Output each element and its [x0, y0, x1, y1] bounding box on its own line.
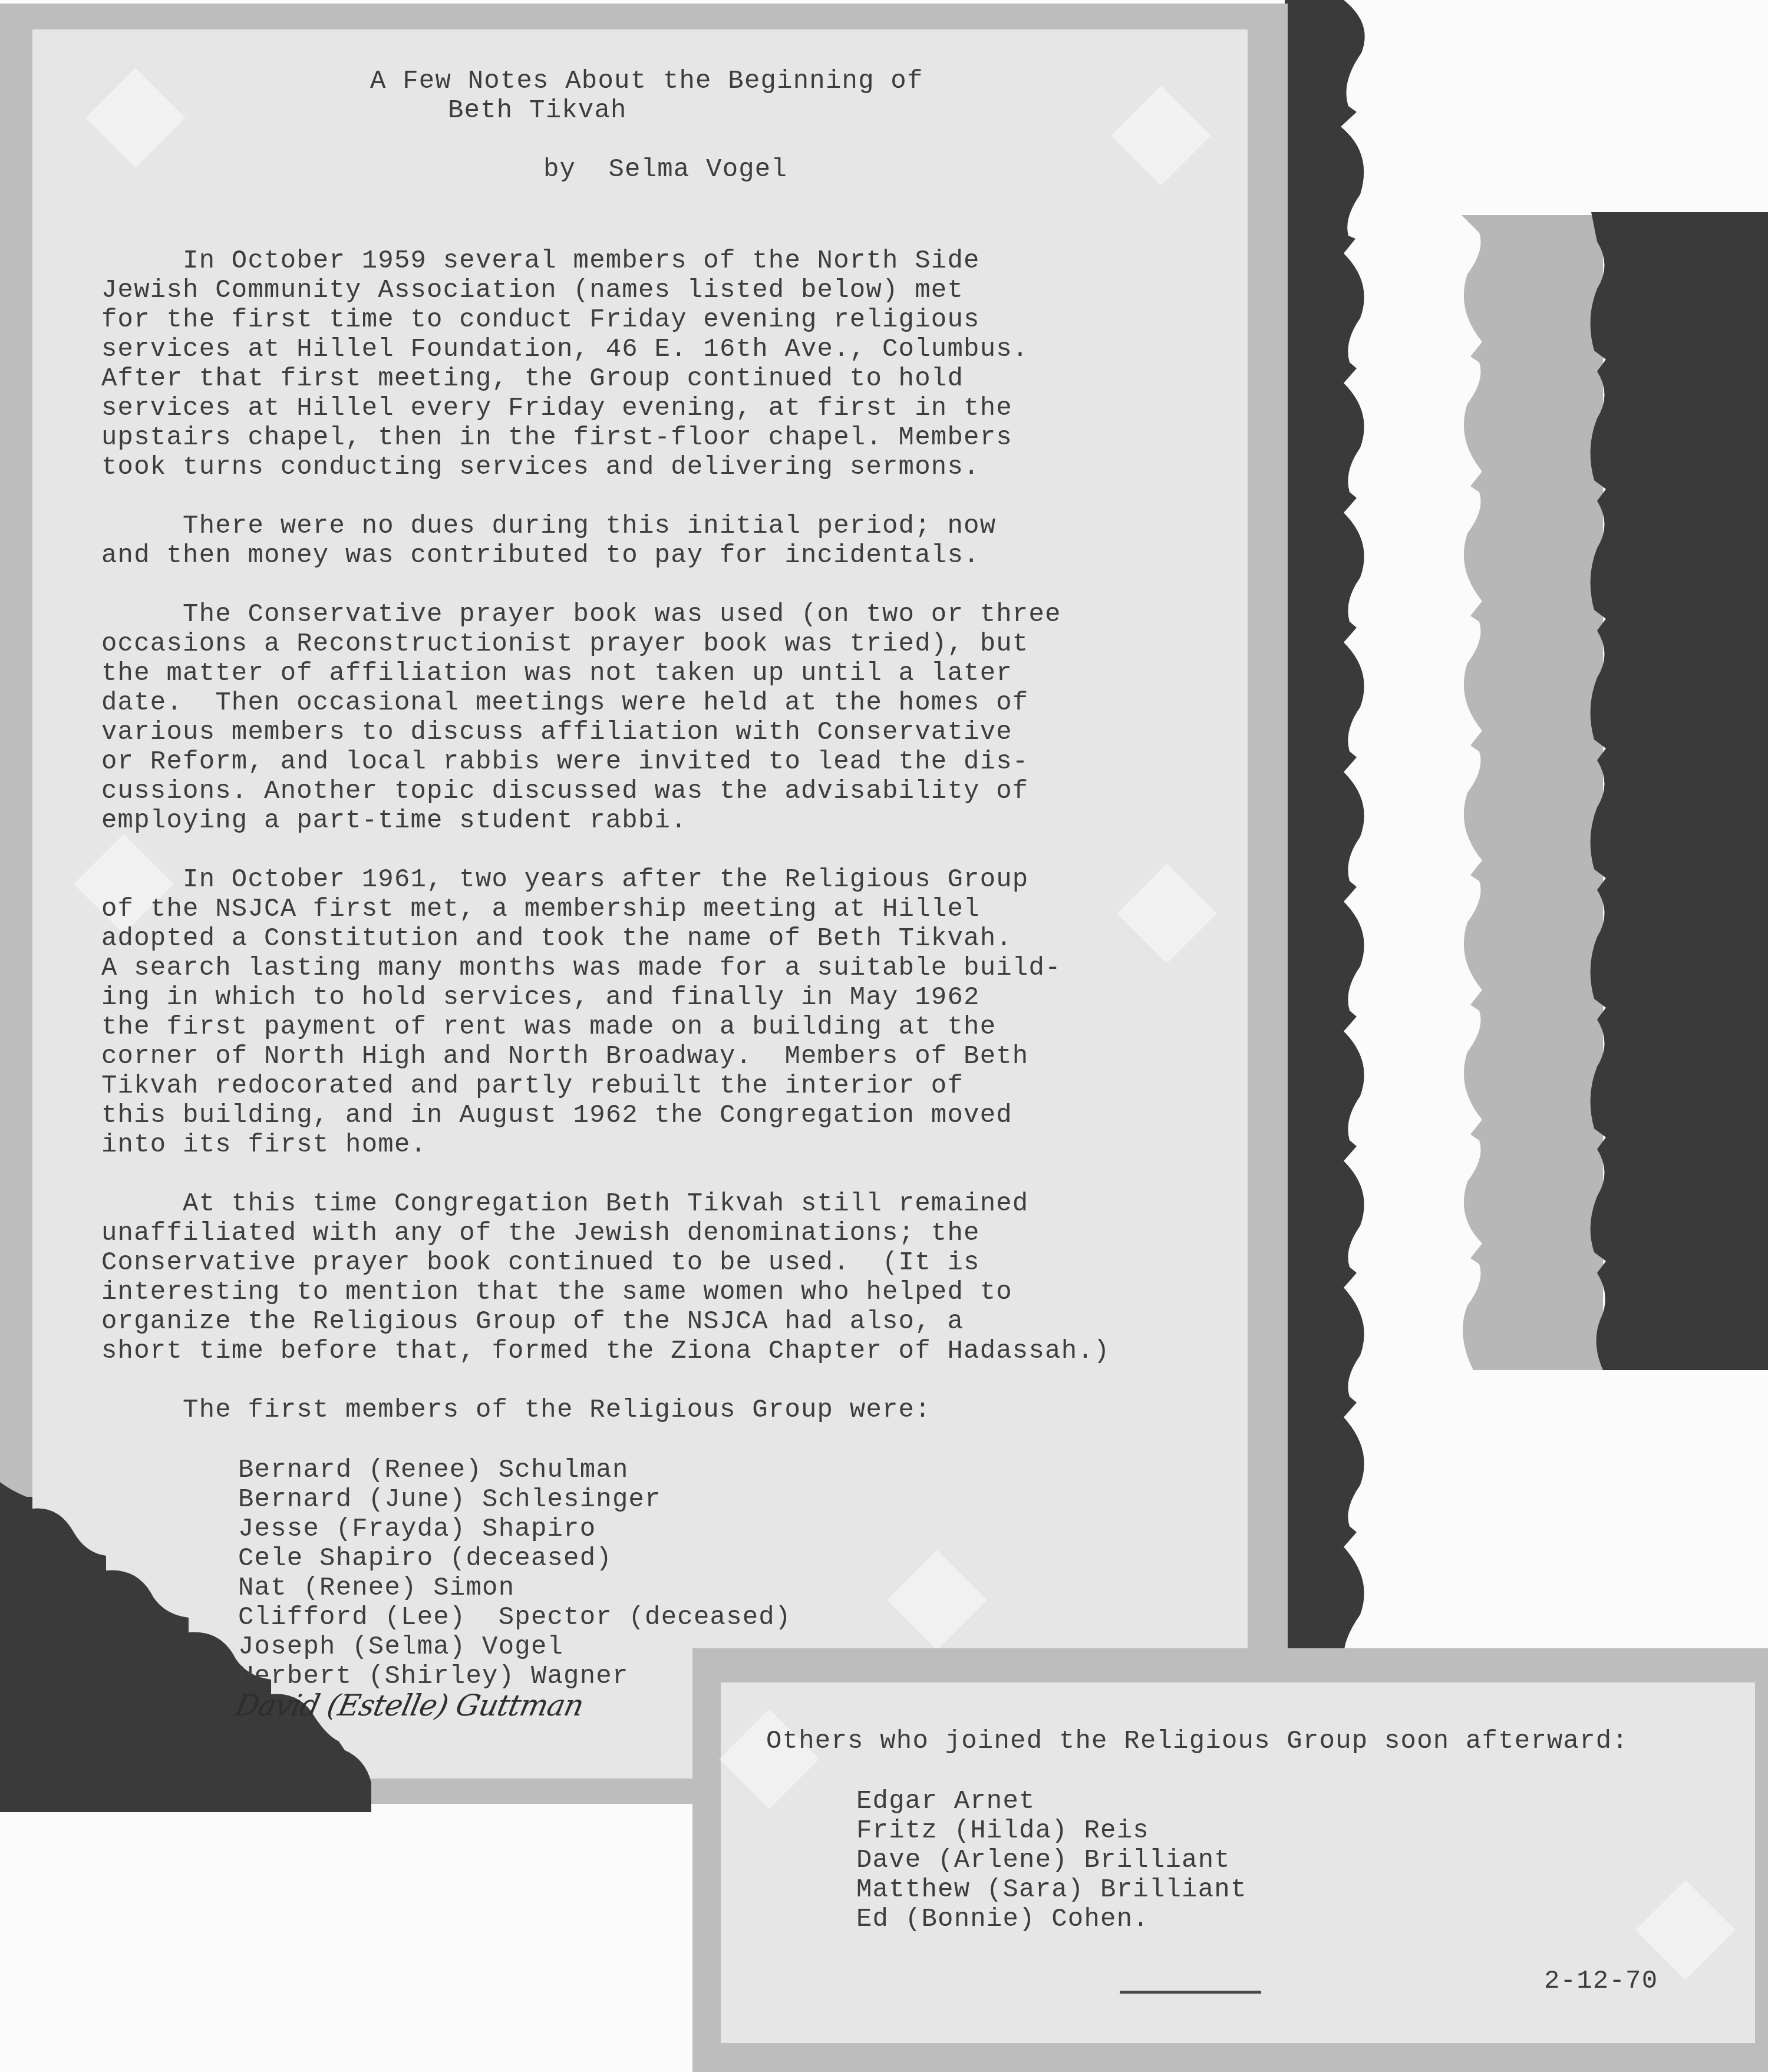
- handwritten-member: David (Estelle) Guttman: [232, 1688, 586, 1723]
- text-line: short time before that, formed the Ziona…: [101, 1337, 1110, 1366]
- text-line: adopted a Constitution and took the name…: [101, 924, 1061, 953]
- text-line: Bernard (Renee) Schulman: [238, 1456, 791, 1485]
- text-line: The Conservative prayer book was used (o…: [101, 600, 1061, 629]
- text-line: Cele Shapiro (deceased): [238, 1544, 791, 1573]
- text-line: this building, and in August 1962 the Co…: [101, 1101, 1061, 1130]
- text-line: and then money was contributed to pay fo…: [101, 541, 996, 570]
- text-line: A search lasting many months was made fo…: [101, 953, 1061, 983]
- addendum-members-list: Edgar ArnetFritz (Hilda) ReisDave (Arlen…: [856, 1787, 1247, 1934]
- text-line: Dave (Arlene) Brilliant: [856, 1846, 1247, 1875]
- text-line: Clifford (Lee) Spector (deceased): [238, 1603, 791, 1632]
- text-line: There were no dues during this initial p…: [101, 512, 996, 541]
- document-title-line-2: Beth Tikvah: [448, 96, 627, 126]
- text-line: services at Hillel every Friday evening,…: [101, 394, 1028, 423]
- text-line: upstairs chapel, then in the first-floor…: [101, 423, 1028, 453]
- dark-block-right: [1585, 212, 1768, 1370]
- text-line: or Reform, and local rabbis were invited…: [101, 747, 1061, 777]
- document-byline: by Selma Vogel: [543, 155, 787, 184]
- text-line: Bernard (June) Schlesinger: [238, 1485, 791, 1515]
- text-line: Nat (Renee) Simon: [238, 1573, 791, 1603]
- text-line: unaffiliated with any of the Jewish deno…: [101, 1219, 1110, 1248]
- addendum-date: 2-12-70: [1544, 1967, 1658, 1996]
- signature-line: [1120, 1991, 1261, 1994]
- text-line: ing in which to hold services, and final…: [101, 983, 1061, 1012]
- paragraph-5: At this time Congregation Beth Tikvah st…: [101, 1189, 1110, 1366]
- text-line: At this time Congregation Beth Tikvah st…: [101, 1189, 1110, 1219]
- text-line: organize the Religious Group of the NSJC…: [101, 1307, 1110, 1337]
- text-line: Edgar Arnet: [856, 1787, 1247, 1816]
- paragraph-1: In October 1959 several members of the N…: [101, 246, 1028, 482]
- text-line: services at Hillel Foundation, 46 E. 16t…: [101, 335, 1028, 364]
- paragraph-4: In October 1961, two years after the Rel…: [101, 865, 1061, 1160]
- members-intro: The first members of the Religious Group…: [101, 1395, 931, 1425]
- text-line: took turns conducting services and deliv…: [101, 453, 1028, 482]
- text-line: into its first home.: [101, 1130, 1061, 1160]
- text-line: of the NSJCA first met, a membership mee…: [101, 895, 1061, 924]
- addendum-heading: Others who joined the Religious Group so…: [766, 1727, 1628, 1756]
- text-line: Matthew (Sara) Brilliant: [856, 1875, 1247, 1905]
- text-line: Jesse (Frayda) Shapiro: [238, 1515, 791, 1544]
- text-line: cussions. Another topic discussed was th…: [101, 777, 1061, 806]
- text-line: interesting to mention that the same wom…: [101, 1278, 1110, 1307]
- document-title-line-1: A Few Notes About the Beginning of: [370, 67, 923, 96]
- text-line: date. Then occasional meetings were held…: [101, 688, 1061, 718]
- text-line: Ed (Bonnie) Cohen.: [856, 1905, 1247, 1934]
- text-line: the first payment of rent was made on a …: [101, 1012, 1061, 1042]
- paragraph-2: There were no dues during this initial p…: [101, 512, 996, 570]
- text-line: Tikvah redocorated and partly rebuilt th…: [101, 1071, 1061, 1101]
- text-line: In October 1961, two years after the Rel…: [101, 865, 1061, 895]
- text-line: After that first meeting, the Group cont…: [101, 364, 1028, 394]
- text-line: corner of North High and North Broadway.…: [101, 1042, 1061, 1071]
- text-line: employing a part-time student rabbi.: [101, 806, 1061, 836]
- text-line: various members to discuss affiliation w…: [101, 718, 1061, 747]
- text-line: Jewish Community Association (names list…: [101, 276, 1028, 305]
- text-line: the matter of affiliation was not taken …: [101, 659, 1061, 688]
- paragraph-3: The Conservative prayer book was used (o…: [101, 600, 1061, 836]
- dark-scalloped-strip-left: [1285, 0, 1403, 1656]
- text-line: In October 1959 several members of the N…: [101, 246, 1028, 276]
- text-line: Conservative prayer book continued to be…: [101, 1248, 1110, 1278]
- text-line: for the first time to conduct Friday eve…: [101, 305, 1028, 335]
- text-line: occasions a Reconstructionist prayer boo…: [101, 629, 1061, 659]
- text-line: Fritz (Hilda) Reis: [856, 1816, 1247, 1846]
